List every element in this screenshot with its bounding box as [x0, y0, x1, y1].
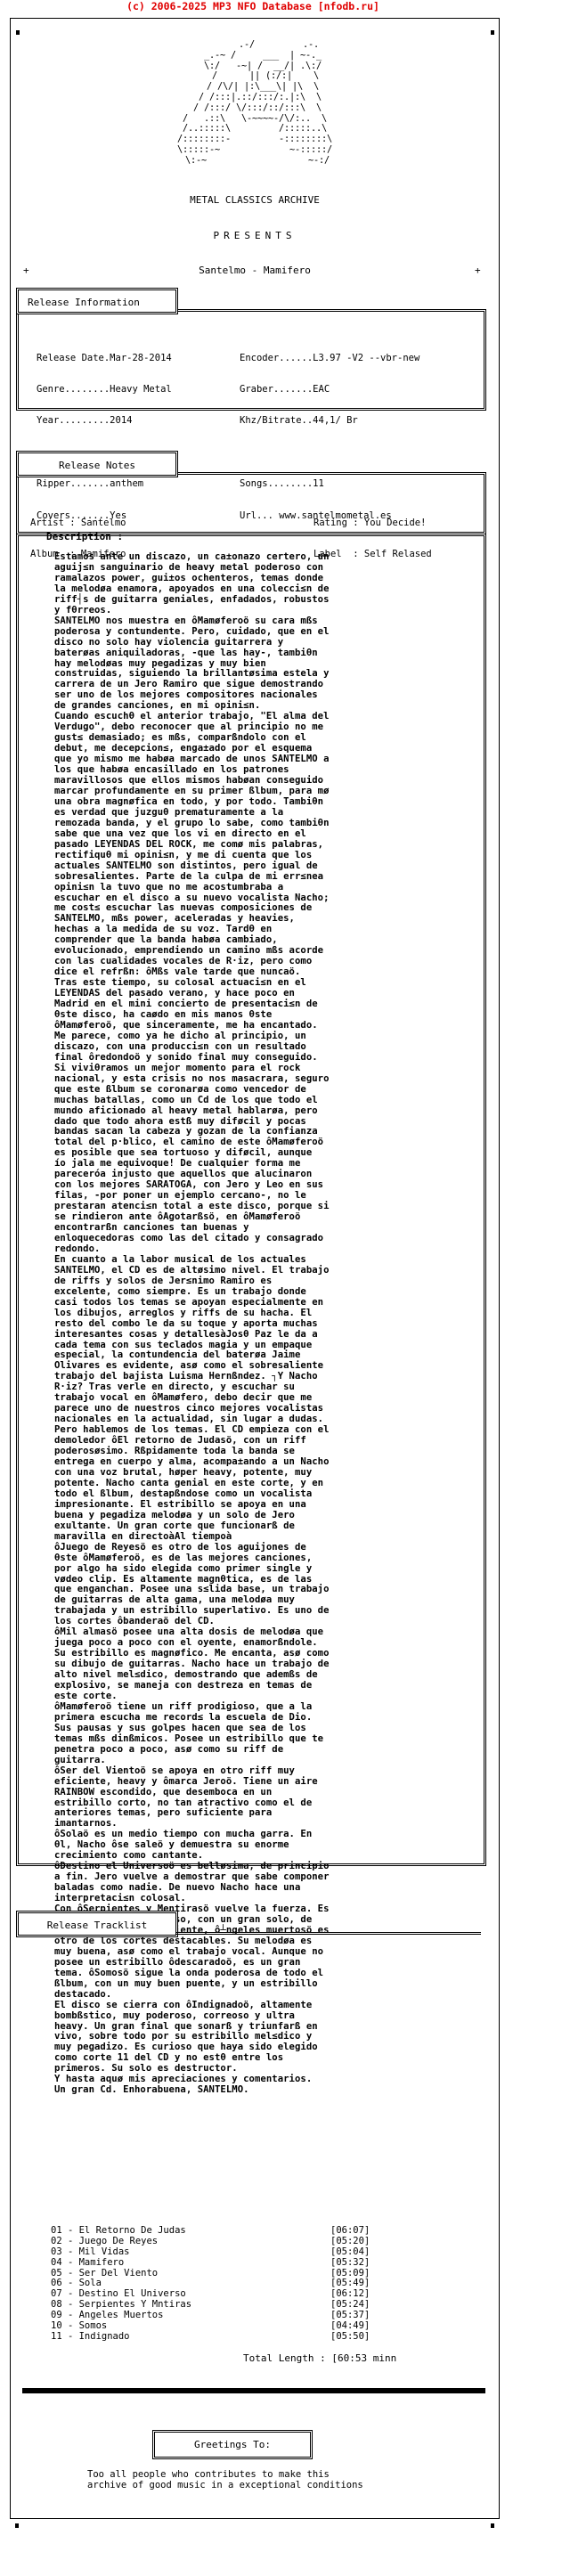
- info-spacer: [240, 448, 419, 459]
- track-title: 07 - Destino El Universo: [51, 2288, 186, 2299]
- total-length: Total Length : [60:53 minn: [243, 2352, 396, 2364]
- track-length: [05:50]: [330, 2332, 370, 2343]
- tracklist-rule: [176, 1932, 481, 1935]
- info-bitrate: Khz/Bitrate..44,1/ Br: [240, 416, 419, 427]
- tab-release-notes: Release Notes: [16, 451, 178, 477]
- info-encoder: Encoder......L3.97 -V2 --vbr-new: [240, 354, 419, 364]
- greetings-text: Too all people who contributes to make t…: [87, 2470, 363, 2491]
- presents-heading: PRESENTS: [11, 230, 499, 241]
- bullet-icon: +: [475, 265, 481, 276]
- track-title: 06 - Sola: [51, 2278, 102, 2288]
- track-title: 01 - El Retorno De Judas: [51, 2225, 186, 2236]
- track-title: 09 - Angeles Muertos: [51, 2310, 163, 2320]
- description-label: Description :: [46, 531, 123, 542]
- tab-label: Release Notes: [59, 460, 135, 471]
- track-title: 05 - Ser Del Viento: [51, 2268, 158, 2278]
- tab-release-tracklist: Release Tracklist: [16, 1911, 178, 1937]
- tab-label: Release Information: [28, 297, 140, 308]
- track-length: [05:04]: [330, 2247, 370, 2258]
- track-row: 11 - Indignado[05:50]: [51, 2332, 191, 2343]
- track-length: [05:20]: [330, 2237, 370, 2247]
- divider-bar: [22, 2388, 485, 2393]
- corner-marker: [16, 30, 20, 35]
- ascii-logo: .-/ .-. _.-~ / ___ | ~-._ \:/ -~| / __/|…: [11, 40, 499, 167]
- track-title: 10 - Somos: [51, 2320, 107, 2331]
- greetings-label: Greetings To:: [194, 2439, 271, 2450]
- copyright-banner: (c) 2006-2025 MP3 NFO Database [nfodb.ru…: [0, 0, 506, 12]
- track-title: 03 - Mil Vidas: [51, 2246, 130, 2257]
- track-title: 02 - Juego De Reyes: [51, 2236, 158, 2246]
- nfo-frame: .-/ .-. _.-~ / ___ | ~-._ \:/ -~| / __/|…: [10, 18, 500, 2519]
- track-title: 04 - Mamifero: [51, 2257, 124, 2268]
- description-text: Estamos ante un discazo, un ca±onazo cer…: [54, 552, 437, 2096]
- corner-marker: [15, 2523, 19, 2528]
- corner-marker: [491, 2523, 494, 2528]
- logo-title: METAL CLASSICS ARCHIVE: [11, 195, 499, 206]
- release-title: Santelmo - Mamifero: [11, 265, 499, 276]
- tracklist: 01 - El Retorno De Judas[06:07]02 - Jueg…: [51, 2226, 191, 2343]
- notes-artist: Artist : Santelmo: [30, 518, 126, 529]
- info-year: Year.........2014: [37, 416, 172, 427]
- info-release-date: Release Date.Mar-28-2014: [37, 354, 172, 364]
- corner-marker: [491, 30, 494, 35]
- notes-rating: Rating : You Decide!: [313, 518, 432, 529]
- track-title: 11 - Indignado: [51, 2331, 130, 2342]
- greetings-heading: Greetings To:: [152, 2430, 313, 2459]
- info-graber: Graber.......EAC: [240, 385, 419, 395]
- track-length: [05:32]: [330, 2258, 370, 2269]
- tab-label: Release Tracklist: [47, 1920, 148, 1931]
- tab-release-information: Release Information: [16, 288, 178, 314]
- track-title: 08 - Serpientes Y Mntiras: [51, 2299, 191, 2310]
- info-genre: Genre........Heavy Metal: [37, 385, 172, 395]
